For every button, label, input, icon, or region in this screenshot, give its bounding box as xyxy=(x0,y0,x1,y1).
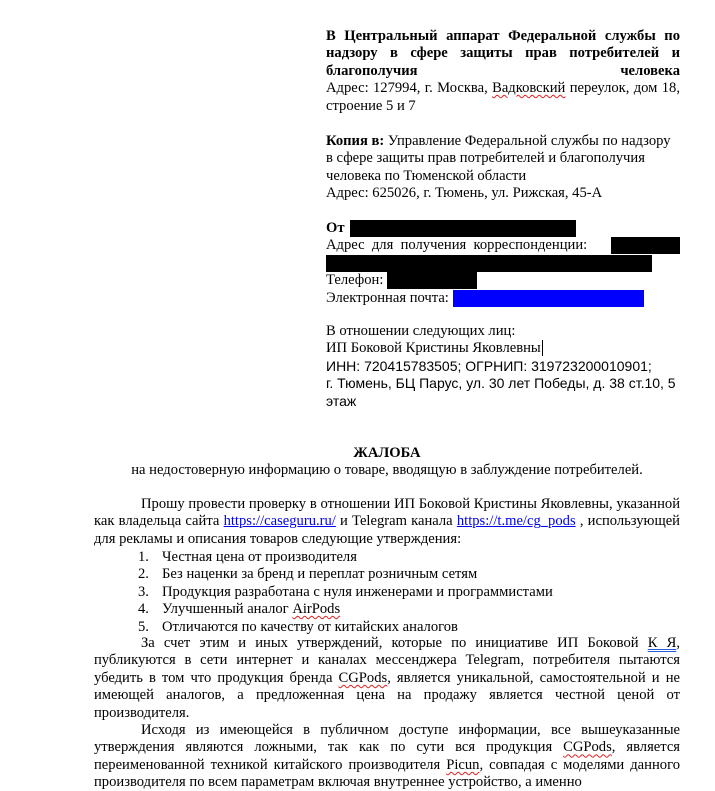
complaint-heading: ЖАЛОБА на недостоверную информацию о тов… xyxy=(94,445,680,480)
recipient-title: В Центральный аппарат Федеральной службы… xyxy=(326,28,680,80)
spellcheck-flag[interactable]: CGPods xyxy=(339,670,388,686)
redacted-phone xyxy=(387,272,477,289)
document-page: В Центральный аппарат Федеральной службы… xyxy=(0,0,715,791)
respondent-address: г. Тюмень, БЦ Парус, ул. 30 лет Победы, … xyxy=(326,375,680,410)
list-item: 2.Без наценки за бренд и переплат рознич… xyxy=(94,566,680,583)
paragraph-evidence: Исходя из имеющейся в публичном доступе … xyxy=(94,722,680,791)
respondent-ids: ИНН: 720415783505; ОГРНИП: 3197232000109… xyxy=(326,358,680,375)
redacted-address-2 xyxy=(326,255,652,272)
respondent-name: ИП Боковой Кристины Яковлевны xyxy=(326,340,680,357)
sender-email: Электронная почта: xyxy=(326,290,680,307)
claims-list: 1.Честная цена от производителя 2.Без на… xyxy=(94,549,680,636)
complaint-title: ЖАЛОБА xyxy=(94,445,680,462)
sender-correspondence: Адрес для получения корреспонденции: xyxy=(326,237,680,254)
sender-block: От Адрес для получения корреспонденции: … xyxy=(326,220,680,307)
copy-address: Адрес: 625026, г. Тюмень, ул. Рижская, 4… xyxy=(326,185,680,202)
sender-from: От xyxy=(326,220,680,237)
spellcheck-flag[interactable]: Picun xyxy=(446,757,479,773)
spellcheck-flag[interactable]: Вадковский xyxy=(492,80,565,96)
redacted-address-1 xyxy=(611,237,680,254)
paragraph-request: Прошу провести проверку в отношении ИП Б… xyxy=(94,496,680,548)
sender-correspondence-cont xyxy=(326,255,680,272)
sender-phone: Телефон: xyxy=(326,272,680,289)
recipient-address: Адрес: 127994, г. Москва, Вадковский пер… xyxy=(326,80,680,115)
list-item: 1.Честная цена от производителя xyxy=(94,549,680,566)
list-item: 5.Отличаются по качеству от китайских ан… xyxy=(94,619,680,636)
telegram-link[interactable]: https://t.me/cg_pods xyxy=(457,513,576,529)
spellcheck-flag[interactable]: AirPods xyxy=(292,601,340,617)
respondent-intro: В отношении следующих лиц: xyxy=(326,323,680,340)
recipient-block: В Центральный аппарат Федеральной службы… xyxy=(326,28,680,115)
redacted-name xyxy=(350,220,576,237)
copy-block: Копия в: Управление Федеральной службы п… xyxy=(326,133,680,203)
spellcheck-flag[interactable]: CGPods xyxy=(563,739,612,755)
copy-text: Копия в: Управление Федеральной службы п… xyxy=(326,133,680,185)
respondent-block: В отношении следующих лиц: ИП Боковой Кр… xyxy=(326,323,680,410)
list-item: 4.Улучшенный аналог AirPods xyxy=(94,601,680,618)
paragraph-claims-effect: За счет этим и иных утверждений, которые… xyxy=(94,635,680,722)
complaint-subtitle: на недостоверную информацию о товаре, вв… xyxy=(94,462,680,479)
list-item: 3.Продукция разработана с нуля инженерам… xyxy=(94,584,680,601)
site-link[interactable]: https://caseguru.ru/ xyxy=(224,513,336,529)
redacted-email xyxy=(453,290,644,307)
grammar-flag[interactable]: К Я xyxy=(648,635,677,651)
text-cursor xyxy=(542,340,543,356)
